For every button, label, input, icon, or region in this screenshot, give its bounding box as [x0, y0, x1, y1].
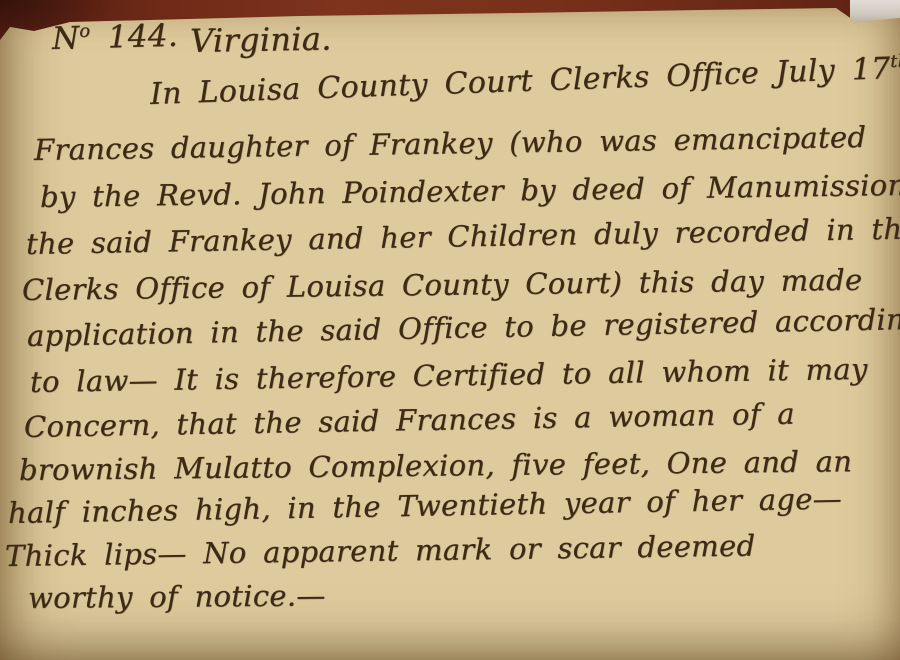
manuscript-line: application in the said Office to be reg…: [27, 305, 900, 351]
manuscript-line: to law— It is therefore Certified to all…: [30, 355, 868, 397]
entry-number-superscript: o: [79, 21, 91, 42]
manuscript-line: by the Revd. John Poindexter by deed of …: [40, 170, 900, 212]
entry-number: No 144.: [52, 21, 179, 55]
manuscript-line: worthy of notice.—: [28, 581, 326, 613]
state-heading: Virginia.: [190, 23, 332, 57]
manuscript-line: Concern, that the said Frances is a woma…: [24, 400, 795, 442]
manuscript-line: brownish Mulatto Complexion, five feet, …: [19, 447, 852, 485]
dateline-text: In Louisa County Court Clerks Office Jul…: [149, 51, 891, 112]
manuscript-line: the said Frankey and her Children duly r…: [26, 214, 900, 259]
manuscript-photo: No 144. Virginia. In Louisa County Court…: [0, 0, 900, 660]
manuscript-line: Clerks Office of Louisa County Court) th…: [22, 266, 863, 305]
entry-number-main: N: [52, 20, 80, 57]
manuscript-line: half inches high, in the Twentieth year …: [8, 484, 842, 528]
dateline-superscript: th: [890, 51, 900, 72]
entry-number-rest: 144.: [90, 18, 178, 56]
manuscript-line: Frances daughter of Frankey (who was ema…: [34, 123, 867, 165]
manuscript-line: Thick lips— No apparent mark or scar dee…: [5, 532, 756, 571]
manuscript-page: No 144. Virginia. In Louisa County Court…: [0, 0, 900, 660]
dateline: In Louisa County Court Clerks Office Jul…: [149, 50, 900, 110]
